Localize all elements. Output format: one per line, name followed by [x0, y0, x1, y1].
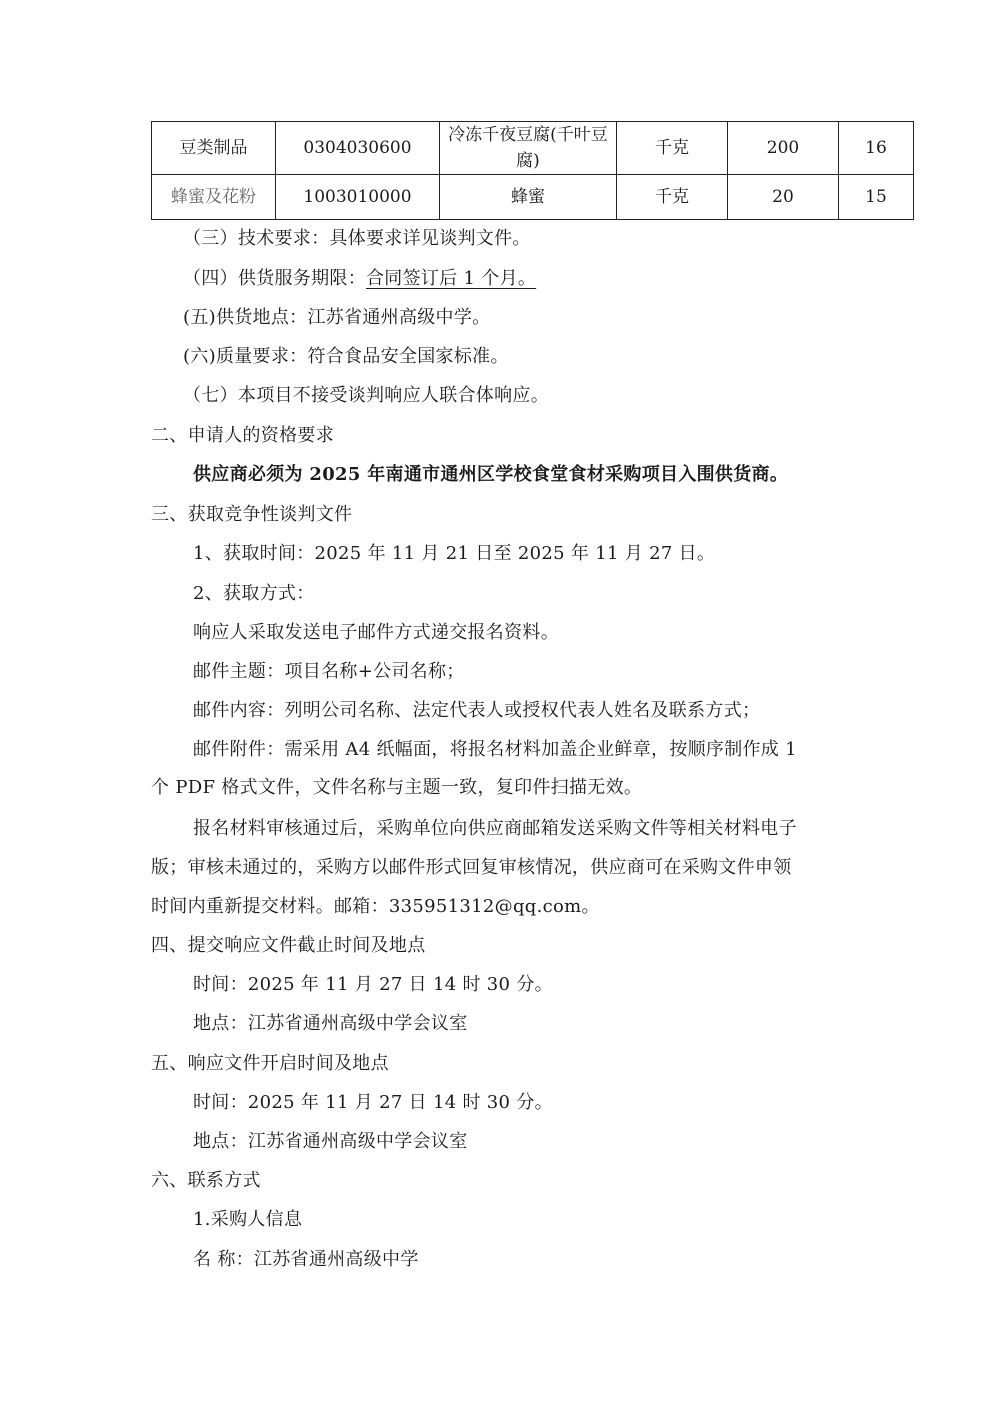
deadline-place: 地点：江苏省通州高级中学会议室 [193, 1012, 468, 1036]
supply-period-value: 合同签订后 1 个月。 [366, 268, 536, 289]
supply-period-label: （四）供货服务期限： [183, 268, 366, 289]
table-row: 蜂蜜及花粉 1003010000 蜂蜜 千克 20 15 [152, 175, 914, 220]
cell-price: 16 [839, 122, 914, 175]
section-heading: 五、响应文件开启时间及地点 [151, 1052, 389, 1076]
supply-period: （四）供货服务期限：合同签订后 1 个月。 [183, 267, 536, 291]
email-attachment: 邮件附件：需采用 A4 纸幅面，将报名材料加盖企业鲜章，按顺序制作成 1 [193, 738, 797, 762]
cell-category: 蜂蜜及花粉 [152, 175, 276, 220]
acquire-method: 2、获取方式： [193, 582, 315, 606]
cell-name: 冷冻千夜豆腐(千叶豆腐) [440, 122, 617, 175]
cell-quantity: 20 [728, 175, 839, 220]
table-row: 豆类制品 0304030600 冷冻千夜豆腐(千叶豆腐) 千克 200 16 [152, 122, 914, 175]
section-heading: 三、获取竞争性谈判文件 [151, 503, 352, 527]
review-note: 报名材料审核通过后，采购单位向供应商邮箱发送采购文件等相关材料电子 [193, 817, 797, 841]
consortium-note: （七）本项目不接受谈判响应人联合体响应。 [183, 384, 549, 408]
cell-unit: 千克 [617, 122, 728, 175]
section-heading: 四、提交响应文件截止时间及地点 [151, 934, 426, 958]
buyer-name: 名 称：江苏省通州高级中学 [193, 1248, 419, 1272]
section-heading: 二、申请人的资格要求 [151, 424, 334, 448]
opening-place: 地点：江苏省通州高级中学会议室 [193, 1130, 468, 1154]
document-page: 豆类制品 0304030600 冷冻千夜豆腐(千叶豆腐) 千克 200 16 蜂… [0, 0, 1000, 1414]
review-note-cont: 版；审核未通过的，采购方以邮件形式回复审核情况，供应商可在采购文件申领 [151, 856, 792, 880]
cell-quantity: 200 [728, 122, 839, 175]
items-table: 豆类制品 0304030600 冷冻千夜豆腐(千叶豆腐) 千克 200 16 蜂… [151, 121, 914, 220]
acquire-time: 1、获取时间：2025 年 11 月 21 日至 2025 年 11 月 27 … [193, 542, 715, 566]
email-subject: 邮件主题：项目名称+公司名称； [193, 660, 465, 684]
email-attachment-cont: 个 PDF 格式文件，文件名称与主题一致，复印件扫描无效。 [151, 776, 642, 800]
email-content: 邮件内容：列明公司名称、法定代表人或授权代表人姓名及联系方式； [193, 699, 760, 723]
tech-requirement: （三）技术要求：具体要求详见谈判文件。 [183, 227, 531, 251]
qualification-requirement: 供应商必须为 2025 年南通市通州区学校食堂食材采购项目入围供货商。 [193, 463, 788, 487]
cell-category: 豆类制品 [152, 122, 276, 175]
section-heading: 六、联系方式 [151, 1169, 261, 1193]
cell-unit: 千克 [617, 175, 728, 220]
buyer-info-heading: 1.采购人信息 [193, 1208, 302, 1232]
cell-name: 蜂蜜 [440, 175, 617, 220]
cell-code: 0304030600 [276, 122, 440, 175]
supply-location: (五)供货地点：江苏省通州高级中学。 [183, 306, 490, 330]
quality-requirement: (六)质量要求：符合食品安全国家标准。 [183, 345, 509, 369]
opening-time: 时间：2025 年 11 月 27 日 14 时 30 分。 [193, 1091, 553, 1115]
review-note-email: 时间内重新提交材料。邮箱：335951312@qq.com。 [151, 895, 600, 919]
deadline-time: 时间：2025 年 11 月 27 日 14 时 30 分。 [193, 973, 553, 997]
cell-price: 15 [839, 175, 914, 220]
acquire-method-desc: 响应人采取发送电子邮件方式递交报名资料。 [193, 621, 559, 645]
cell-code: 1003010000 [276, 175, 440, 220]
